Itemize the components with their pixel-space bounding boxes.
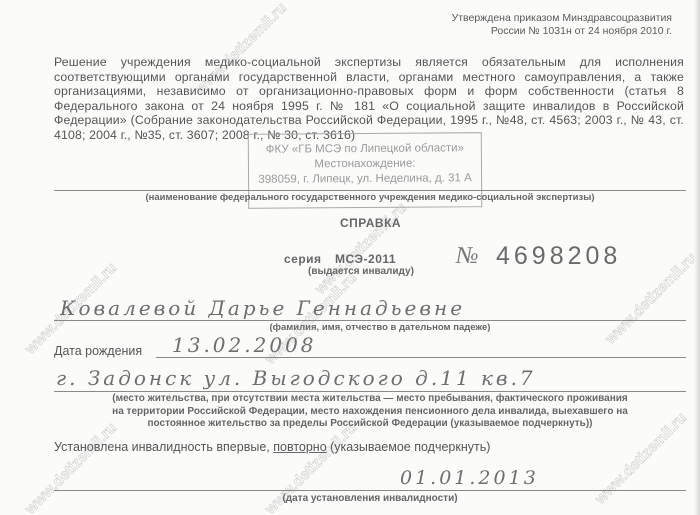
residence-handwritten: г. Задонск ул. Выгодского д.11 кв.7: [56, 366, 536, 390]
stamp-line-3: 398059, г. Липецк, ул. Неделина, д. 31 А: [249, 171, 481, 188]
residence-caption-line-3: постоянное жительство за пределы Российс…: [54, 418, 686, 431]
disability-prefix: Установлена инвалидность впервые,: [54, 440, 273, 454]
page-edge-shadow: [694, 0, 700, 515]
series-value: МСЭ-2011: [335, 252, 396, 266]
residence-caption-line-2: на территории Российской Федерации, мест…: [54, 406, 686, 419]
birth-date-line: [156, 357, 686, 358]
legal-intro-paragraph: Решение учреждения медико-социальной экс…: [54, 55, 684, 143]
approval-note: Утверждена приказом Минздравсоцразвития …: [452, 12, 672, 38]
institution-line: [54, 190, 686, 191]
disability-status-label: Установлена инвалидность впервые, повтор…: [54, 440, 490, 454]
institution-caption: (наименование федерального государственн…: [54, 192, 686, 203]
residence-caption: (место жительства, при отсутствии места …: [54, 393, 686, 431]
certificate-number: 4698208: [496, 242, 621, 271]
recipient-name-caption: (фамилия, имя, отчество в дательном паде…: [230, 322, 530, 333]
disability-date-line: [54, 490, 686, 491]
series-label: серия: [284, 252, 322, 266]
disability-selected-option: повторно: [273, 440, 326, 454]
approval-line-1: Утверждена приказом Минздравсоцразвития: [452, 12, 672, 25]
stamp-line-1: ФКУ «ГБ МСЭ по Липецкой области»: [249, 141, 481, 158]
residence-caption-line-1: (место жительства, при отсутствии места …: [54, 393, 686, 406]
issued-to-caption: (выдается инвалиду): [308, 266, 414, 277]
recipient-name-handwritten: Ковалевой Дарье Геннадьевне: [60, 296, 465, 320]
watermark: www.detizemli.ru: [312, 199, 410, 297]
recipient-name-line: [54, 320, 686, 321]
stamp-line-2: Местонахождение:: [249, 156, 481, 173]
birth-date-handwritten: 13.02.2008: [172, 333, 317, 357]
residence-line: [54, 391, 686, 392]
birth-date-label: Дата рождения: [54, 344, 142, 358]
number-sign: №: [456, 243, 479, 270]
approval-line-2: России № 1031н от 24 ноября 2010 г.: [452, 25, 672, 38]
disability-suffix: (указываемое подчеркнуть): [327, 440, 491, 454]
certificate-title: СПРАВКА: [340, 216, 401, 230]
disability-date-handwritten: 01.01.2013: [400, 467, 539, 489]
disability-date-caption: (дата установления инвалидности): [54, 493, 686, 504]
